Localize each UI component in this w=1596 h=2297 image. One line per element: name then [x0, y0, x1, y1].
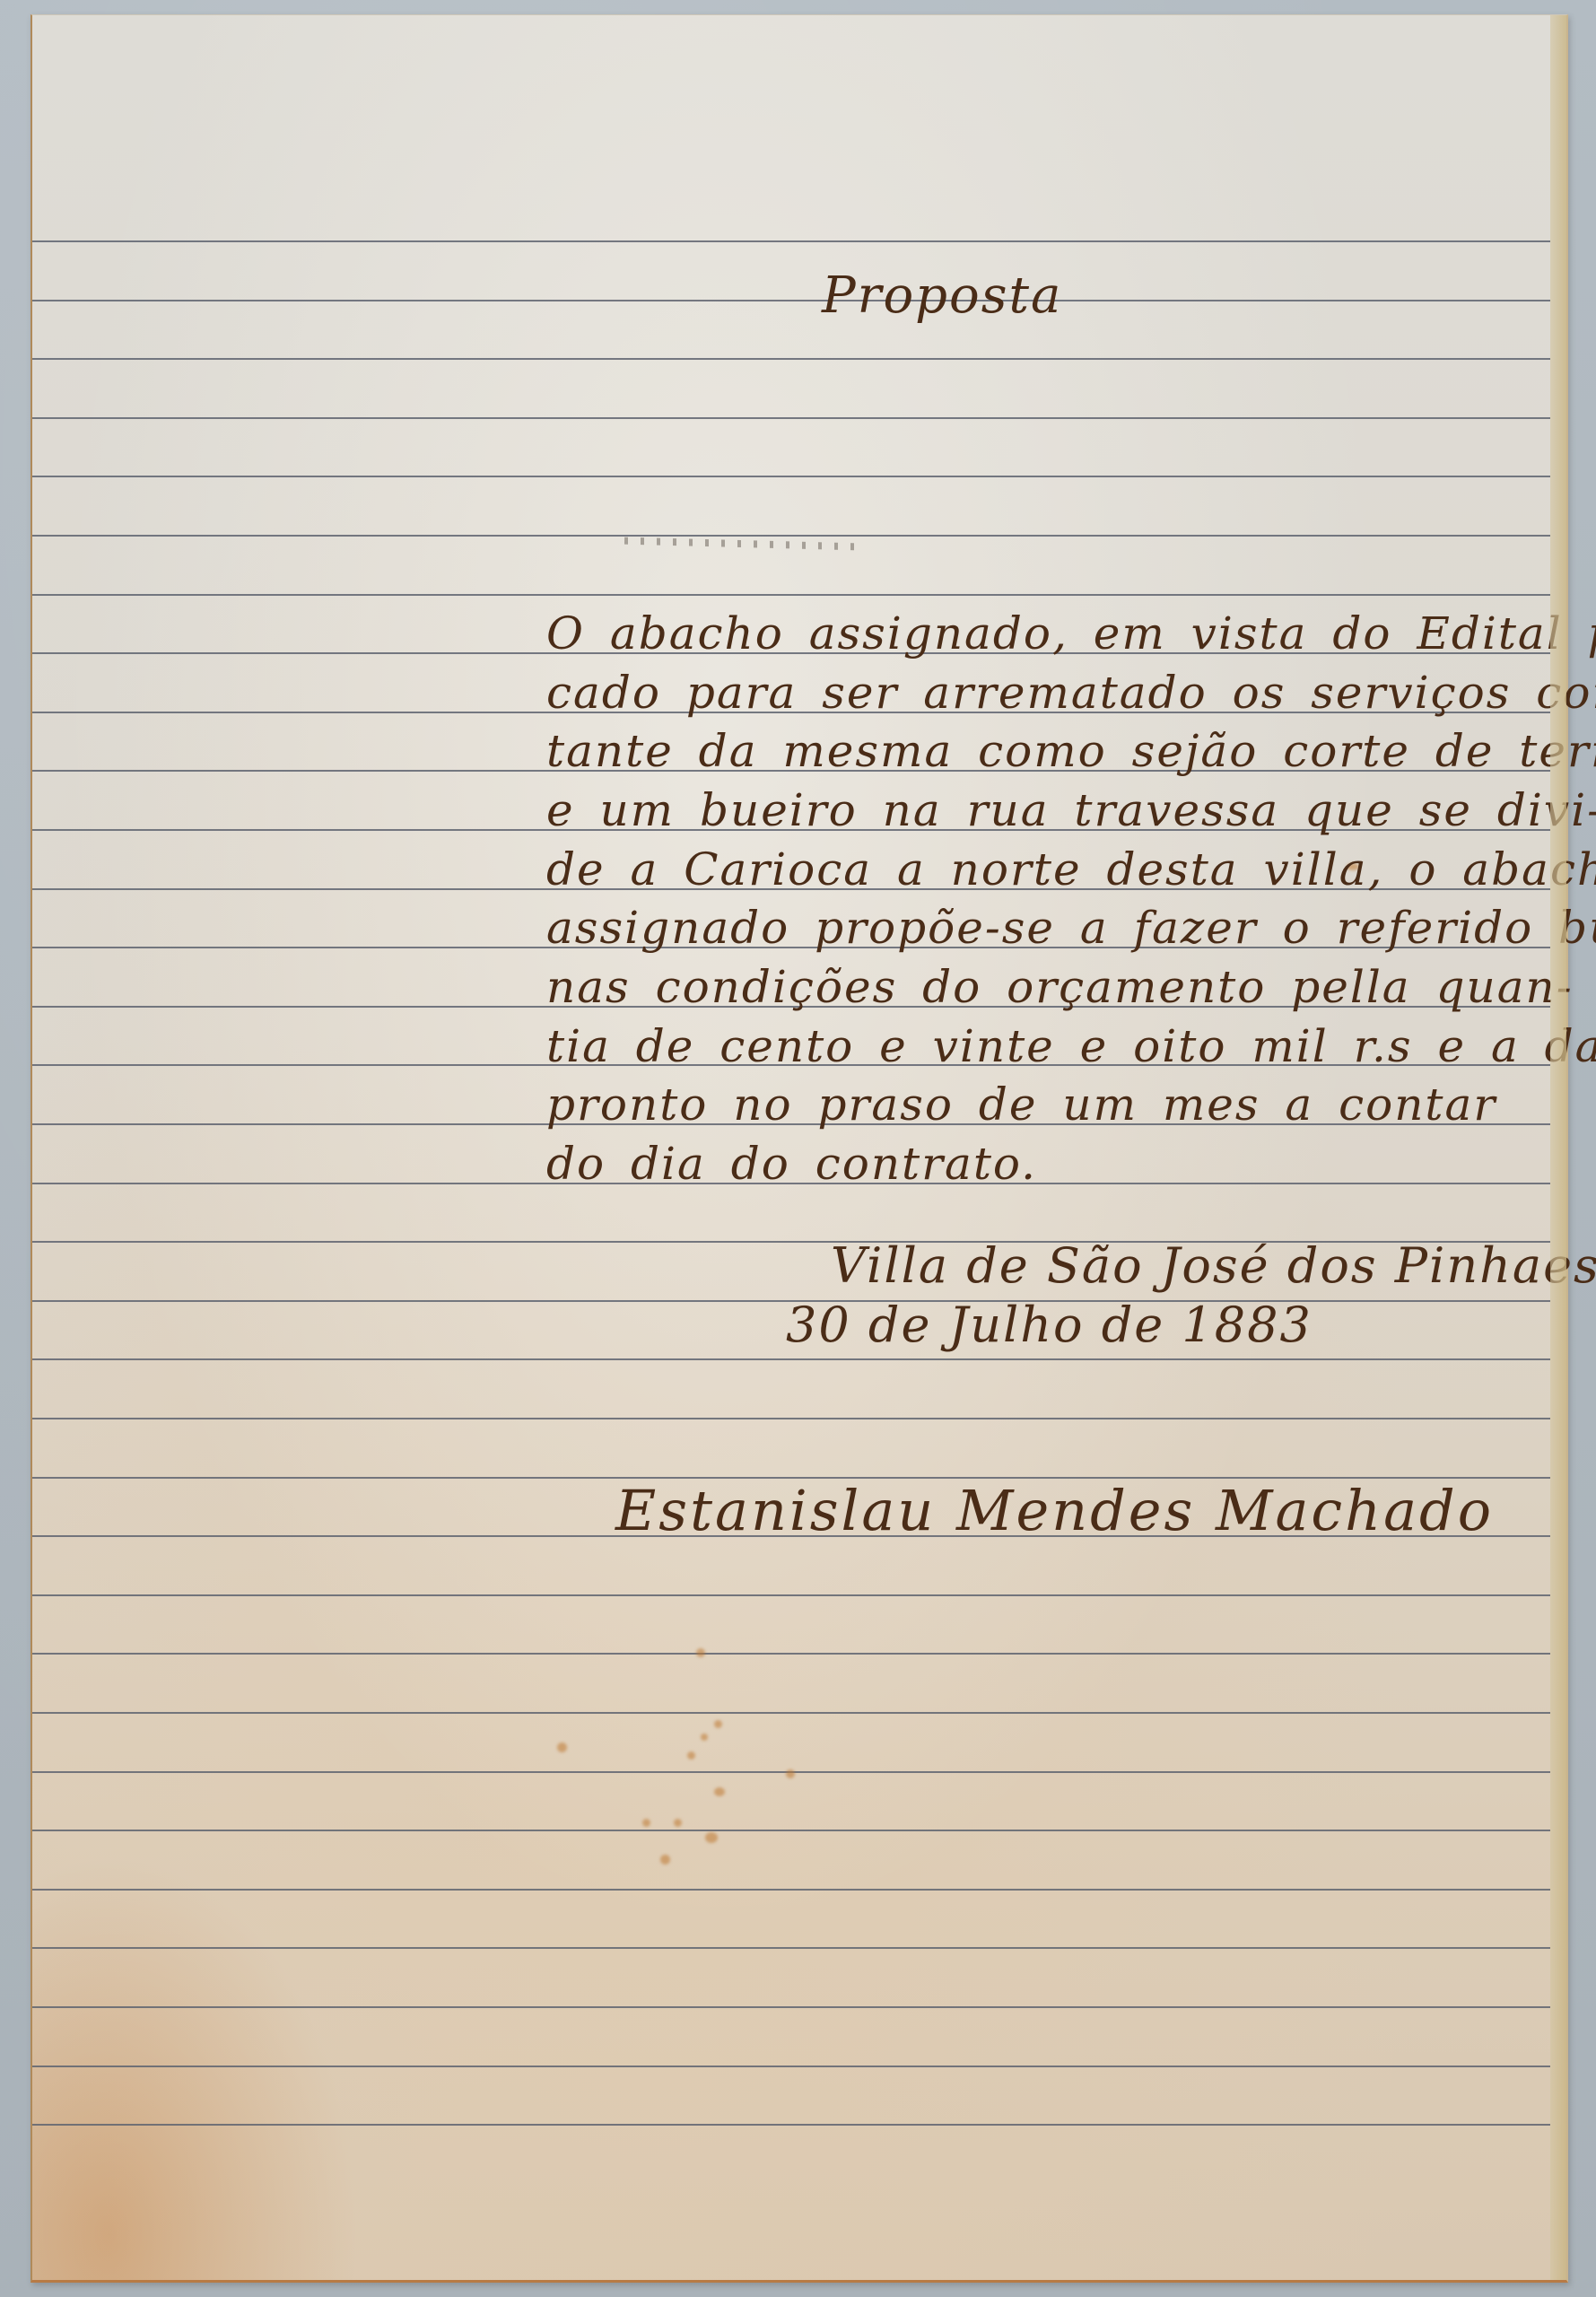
foxing-spot	[705, 1832, 718, 1843]
ruled-line	[32, 1653, 1550, 1655]
body-line: nas condições do orçamento pella quan-	[546, 961, 1574, 1013]
body-line: do dia do contrato.	[546, 1138, 1037, 1190]
ruled-line	[32, 1830, 1550, 1831]
foxing-spot	[557, 1742, 567, 1752]
foxing-spot	[701, 1734, 708, 1741]
body-line: O abacho assignado, em vista do Edital p…	[546, 607, 1596, 659]
ruled-line	[32, 535, 1550, 537]
ruled-line	[32, 594, 1550, 596]
body-line: de a Carioca a norte desta villa, o abac…	[546, 843, 1596, 895]
ruled-line	[32, 2066, 1550, 2067]
ruled-line	[32, 1594, 1550, 1596]
ruled-line	[32, 1712, 1550, 1714]
foxing-spot	[674, 1819, 682, 1827]
signature: Estanislau Mendes Machado	[615, 1478, 1494, 1543]
ruled-line	[32, 417, 1550, 419]
body-line: e um bueiro na rua travessa que se divi-	[546, 784, 1596, 836]
ruled-line	[32, 1889, 1550, 1891]
place-line: Villa de São José dos Pinhaes	[831, 1237, 1596, 1294]
foxing-spot	[660, 1855, 670, 1865]
body-line: tia de cento e vinte e oito mil r.s e a …	[546, 1020, 1596, 1072]
foxing-spot	[696, 1648, 705, 1657]
ruled-line	[32, 1947, 1550, 1949]
ruled-line	[32, 2006, 1550, 2008]
foxing-spot	[714, 1720, 722, 1728]
body-line: cado para ser arrematado os serviços con…	[546, 667, 1596, 719]
body-line: assignado propõe-se a fazer o referido b…	[546, 902, 1596, 954]
ruled-line	[32, 476, 1550, 477]
ruled-line	[32, 1418, 1550, 1419]
foxing-spot	[714, 1787, 725, 1796]
foxing-spot	[687, 1751, 695, 1760]
ruled-line	[32, 300, 1550, 301]
foxing-spot	[786, 1769, 795, 1778]
document-title: Proposta	[822, 266, 1062, 325]
date-line: 30 de Julho de 1883	[786, 1297, 1313, 1353]
ruled-line	[32, 1358, 1550, 1360]
body-line: tante da mesma como sejão corte de terra	[546, 725, 1596, 777]
ruled-line	[32, 2124, 1550, 2126]
ruled-line	[32, 240, 1550, 242]
document-page: Proposta O abacho assignado, em vista do…	[31, 14, 1568, 2283]
body-line: pronto no praso de um mes a contar	[546, 1079, 1496, 1131]
ruled-line	[32, 358, 1550, 360]
foxing-spot	[642, 1819, 650, 1827]
